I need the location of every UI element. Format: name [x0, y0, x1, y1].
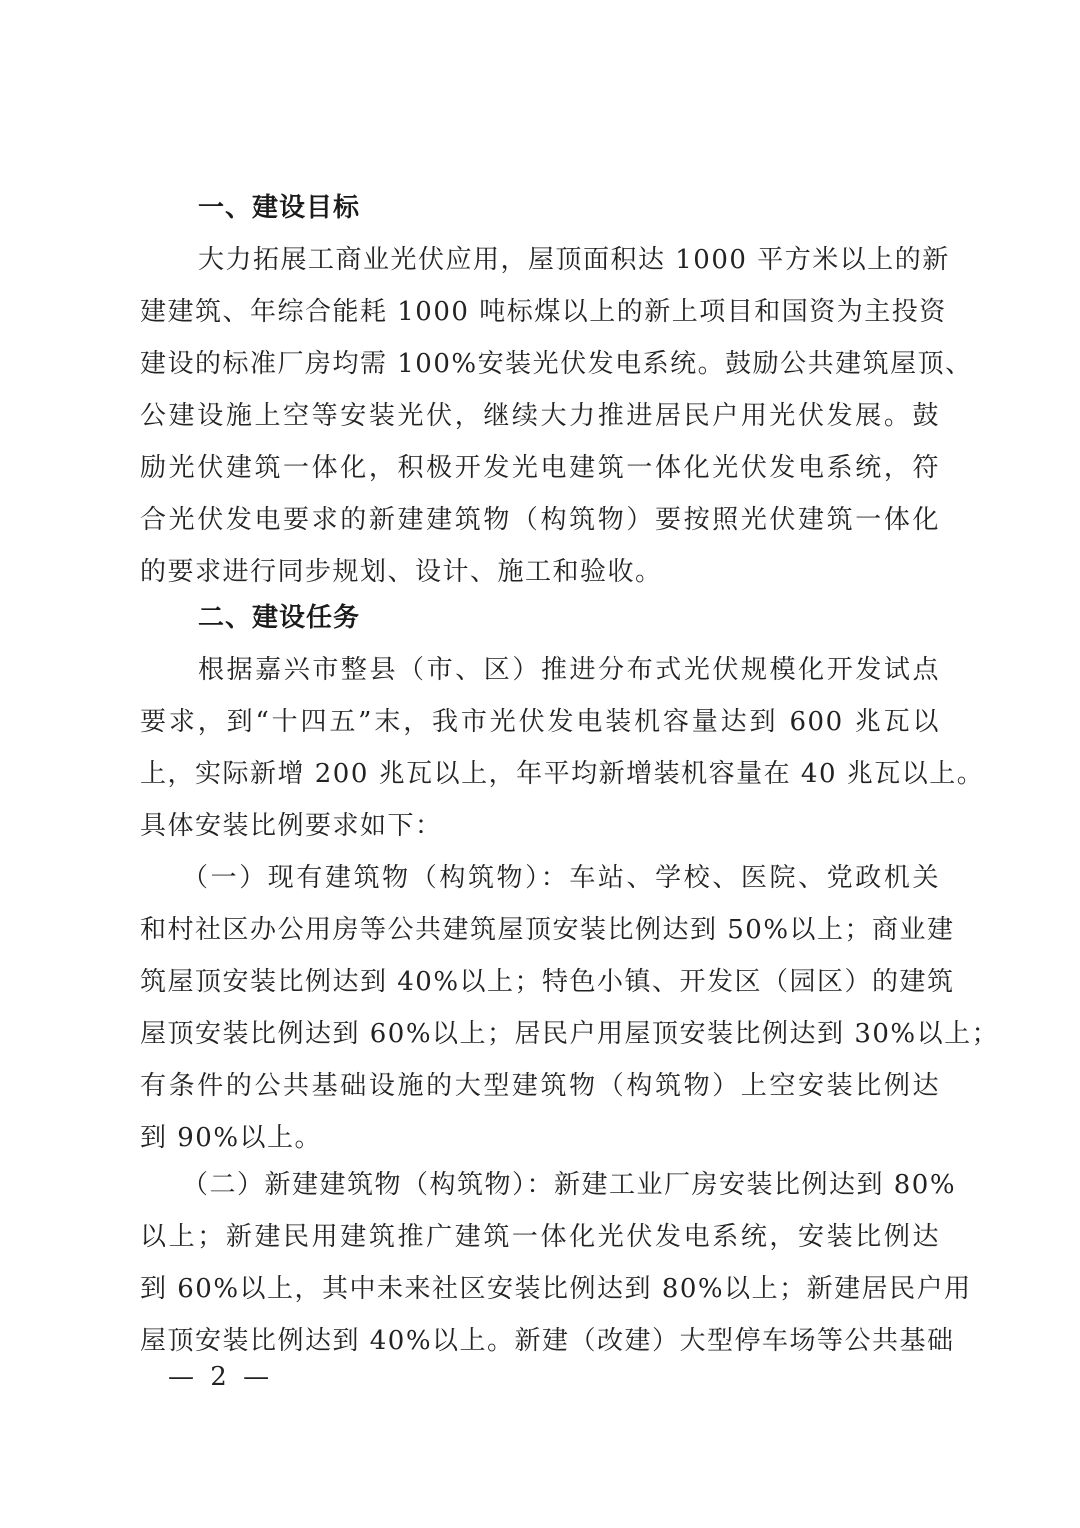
paragraph-line: 大力拓展工商业光伏应用，屋顶面积达 1000 平方米以上的新: [198, 234, 940, 286]
section-heading-tasks: 二、建设任务: [198, 592, 360, 644]
paragraph-line: 建设的标准厂房均需 100%安装光伏发电系统。鼓励公共建筑屋顶、: [140, 338, 940, 390]
paragraph-line: （二）新建建筑物（构筑物）：新建工业厂房安装比例达到 80%: [182, 1159, 940, 1211]
paragraph-line: 上，实际新增 200 兆瓦以上，年平均新增装机容量在 40 兆瓦以上。: [140, 748, 940, 800]
paragraph-line: 具体安装比例要求如下：: [140, 800, 940, 852]
paragraph-line: 合光伏发电要求的新建建筑物（构筑物）要按照光伏建筑一体化: [140, 494, 940, 546]
paragraph-line: 有条件的公共基础设施的大型建筑物（构筑物）上空安装比例达: [140, 1060, 940, 1112]
paragraph-line: 的要求进行同步规划、设计、施工和验收。: [140, 546, 940, 598]
paragraph-line: 以上；新建民用建筑推广建筑一体化光伏发电系统，安装比例达: [140, 1211, 940, 1263]
paragraph-line: 筑屋顶安装比例达到 40%以上；特色小镇、开发区（园区）的建筑: [140, 956, 940, 1008]
paragraph-line: 要求，到“十四五”末，我市光伏发电装机容量达到 600 兆瓦以: [140, 696, 940, 748]
paragraph-line: 根据嘉兴市整县（市、区）推进分布式光伏规模化开发试点: [198, 644, 940, 696]
paragraph-line: （一）现有建筑物（构筑物）：车站、学校、医院、党政机关: [182, 852, 940, 904]
section-heading-goals: 一、建设目标: [198, 182, 360, 234]
paragraph-line: 励光伏建筑一体化，积极开发光电建筑一体化光伏发电系统，符: [140, 442, 940, 494]
paragraph-line: 和村社区办公用房等公共建筑屋顶安装比例达到 50%以上；商业建: [140, 904, 940, 956]
paragraph-line: 到 90%以上。: [140, 1112, 940, 1164]
document-page: 一、建设目标 大力拓展工商业光伏应用，屋顶面积达 1000 平方米以上的新 建建…: [0, 0, 1080, 1528]
paragraph-line: 建建筑、年综合能耗 1000 吨标煤以上的新上项目和国资为主投资: [140, 286, 940, 338]
paragraph-line: 公建设施上空等安装光伏，继续大力推进居民户用光伏发展。鼓: [140, 390, 940, 442]
page-number: — 2 —: [168, 1357, 273, 1397]
paragraph-line: 到 60%以上，其中未来社区安装比例达到 80%以上；新建居民户用: [140, 1263, 940, 1315]
paragraph-line: 屋顶安装比例达到 60%以上；居民户用屋顶安装比例达到 30%以上；: [140, 1008, 940, 1060]
